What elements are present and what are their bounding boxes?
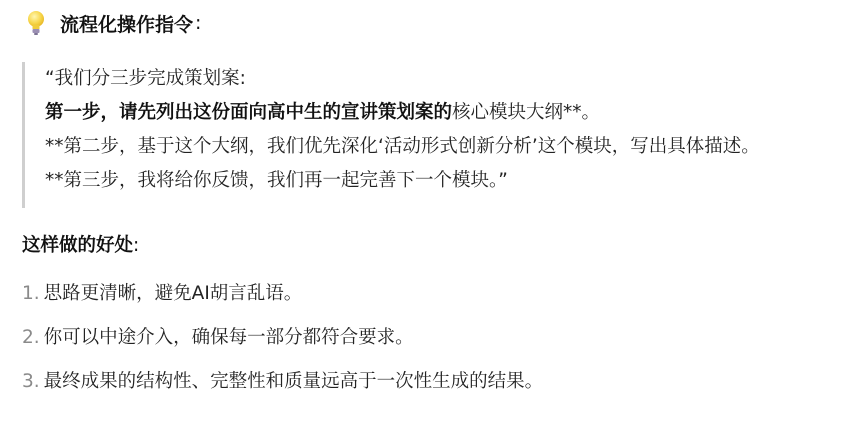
list-number: 1. — [22, 283, 40, 304]
step1-rest-text: 核心模块大纲**。 — [452, 102, 600, 123]
list-item: 2.你可以中途介入，确保每一部分都符合要求。 — [22, 324, 543, 368]
quote-line-step1: 第一步，请先列出这份面向高中生的宣讲策划案的核心模块大纲**。 — [45, 96, 852, 130]
section-heading: 流程化操作指令 : — [26, 8, 201, 38]
step1-bold-text: 第一步，请先列出这份面向高中生的宣讲策划案的 — [45, 102, 452, 123]
benefits-heading: 这样做的好处: — [22, 232, 139, 260]
list-item: 1.思路更清晰，避免AI胡言乱语。 — [22, 280, 543, 324]
lightbulb-icon — [26, 10, 46, 36]
list-number: 3. — [22, 371, 40, 392]
quote-line-intro: “我们分三步完成策划案: — [45, 62, 852, 96]
benefits-list: 1.思路更清晰，避免AI胡言乱语。 2.你可以中途介入，确保每一部分都符合要求。… — [22, 280, 543, 412]
quote-line-step2: **第二步，基于这个大纲，我们优先深化‘活动形式创新分析’这个模块，写出具体描述… — [45, 130, 852, 164]
benefits-colon: : — [133, 235, 139, 256]
heading-title: 流程化操作指令 — [60, 10, 193, 37]
list-text: 思路更清晰，避免AI胡言乱语。 — [44, 283, 303, 304]
list-text: 你可以中途介入，确保每一部分都符合要求。 — [44, 327, 414, 348]
quote-line-step3: **第三步，我将给你反馈，我们再一起完善下一个模块。” — [45, 164, 852, 198]
list-item: 3.最终成果的结构性、完整性和质量远高于一次性生成的结果。 — [22, 368, 543, 412]
benefits-title: 这样做的好处 — [22, 235, 133, 256]
heading-colon: : — [195, 12, 201, 34]
list-text: 最终成果的结构性、完整性和质量远高于一次性生成的结果。 — [44, 371, 544, 392]
list-number: 2. — [22, 327, 40, 348]
instruction-blockquote: “我们分三步完成策划案: 第一步，请先列出这份面向高中生的宣讲策划案的核心模块大… — [22, 62, 852, 208]
